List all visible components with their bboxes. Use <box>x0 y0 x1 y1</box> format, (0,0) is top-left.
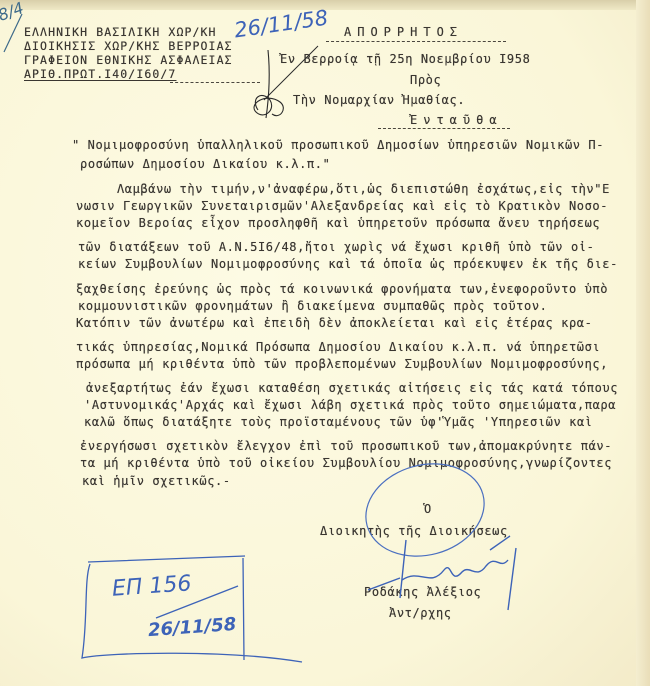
body-line: πρόσωπα μή κριθέντα ὑπὸ τῶν προβλεπομένω… <box>76 357 608 371</box>
registry-box <box>80 540 280 680</box>
body-line: καλῶ ὅπως διατάξητε τοὺς προϊσταμένους τ… <box>84 415 593 429</box>
body-line: νωσιν Γεωργικῶν Συνεταιρισμῶν'Αλεξανδρεί… <box>76 199 608 213</box>
body-line: κείων Συμβουλίων Νομιμοφροσύνης καὶ τά ὁ… <box>78 257 618 271</box>
protocol-number: ΑΡΙΘ.ΠΡΩΤ.Ι40/Ι60/7 <box>24 68 176 81</box>
body-line: ξαχθείσης ἐρεύνης ὡς πρὸς τά κοινωνικά φ… <box>76 282 608 296</box>
issuer-line-kingdom: ΕΛΛΗΝΙΚΗ ΒΑΣΙΛΙΚΗ ΧΩΡ/ΚΗ <box>24 26 217 39</box>
scan-right-edge <box>636 0 650 686</box>
to-label: Πρὸς <box>410 73 441 87</box>
body-line: καὶ ἡμῖν σχετικῶς.- <box>82 474 231 488</box>
subject-line-2: ροσώπων Δημοσίου Δικαίου κ.λ.π." <box>80 157 330 171</box>
body-line: κομεῖον Βεροίας εἶχον προσληφθῆ καὶ ὑπηρ… <box>76 216 600 230</box>
classification-label: ΑΠΟΡΡΗΤΟΣ <box>344 25 463 39</box>
body-line: τικάς ὑπηρεσίας,Νομικά Πρόσωπα Δημοσίου … <box>76 340 600 354</box>
body-line: τα μή κριθέντα ὑπὸ τοῦ οἰκείου Συμβουλίο… <box>80 456 612 470</box>
issuer-line-office: ΓΡΑΦΕΙΟΝ ΕΘΝΙΚΗΣ ΑΣΦΑΛΕΙΑΣ <box>24 54 233 67</box>
body-line: ἀνεξαρτήτως ἐάν ἔχωσι καταθέση σχετικάς … <box>86 381 618 395</box>
handwritten-signature <box>340 470 540 630</box>
classification-underline <box>326 41 506 42</box>
body-line: τῶν διατάξεων τοῦ Α.Ν.5Ι6/48,ἤτοι χωρὶς … <box>78 240 594 254</box>
initials-signature <box>240 40 320 120</box>
location-underline <box>378 128 510 129</box>
issuer-line-command: ΔΙΟΙΚΗΣΙΣ ΧΩΡ/ΚΗΣ ΒΕΡΡΟΙΑΣ <box>24 40 233 53</box>
body-line: κομμουνιστικῶν φρονημάτων ἢ διακείμενα σ… <box>78 299 547 313</box>
subject-line-1: " Νομιμοφροσύνη ὑπαλληλικοῦ προσωπικοῦ Δ… <box>72 138 604 152</box>
recipient-location: Ἐνταῦθα <box>410 113 503 127</box>
body-line: 'Αστυνομικάς'Αρχάς καὶ ἔχωσι λάβη σχετικ… <box>84 398 616 412</box>
body-line: Λαμβάνω τὴν τιμήν,ν'ἀναφέρω,ὅτι,ὡς διεπι… <box>70 182 610 196</box>
body-line: Κατόπιν τῶν ἀνωτέρω καὶ ἐπειδὴ δὲν ἀποκλ… <box>76 316 592 330</box>
body-line: ἐνεργήσωσι σχετικὸν ἔλεγχον ἐπὶ τοῦ προσ… <box>80 439 612 453</box>
